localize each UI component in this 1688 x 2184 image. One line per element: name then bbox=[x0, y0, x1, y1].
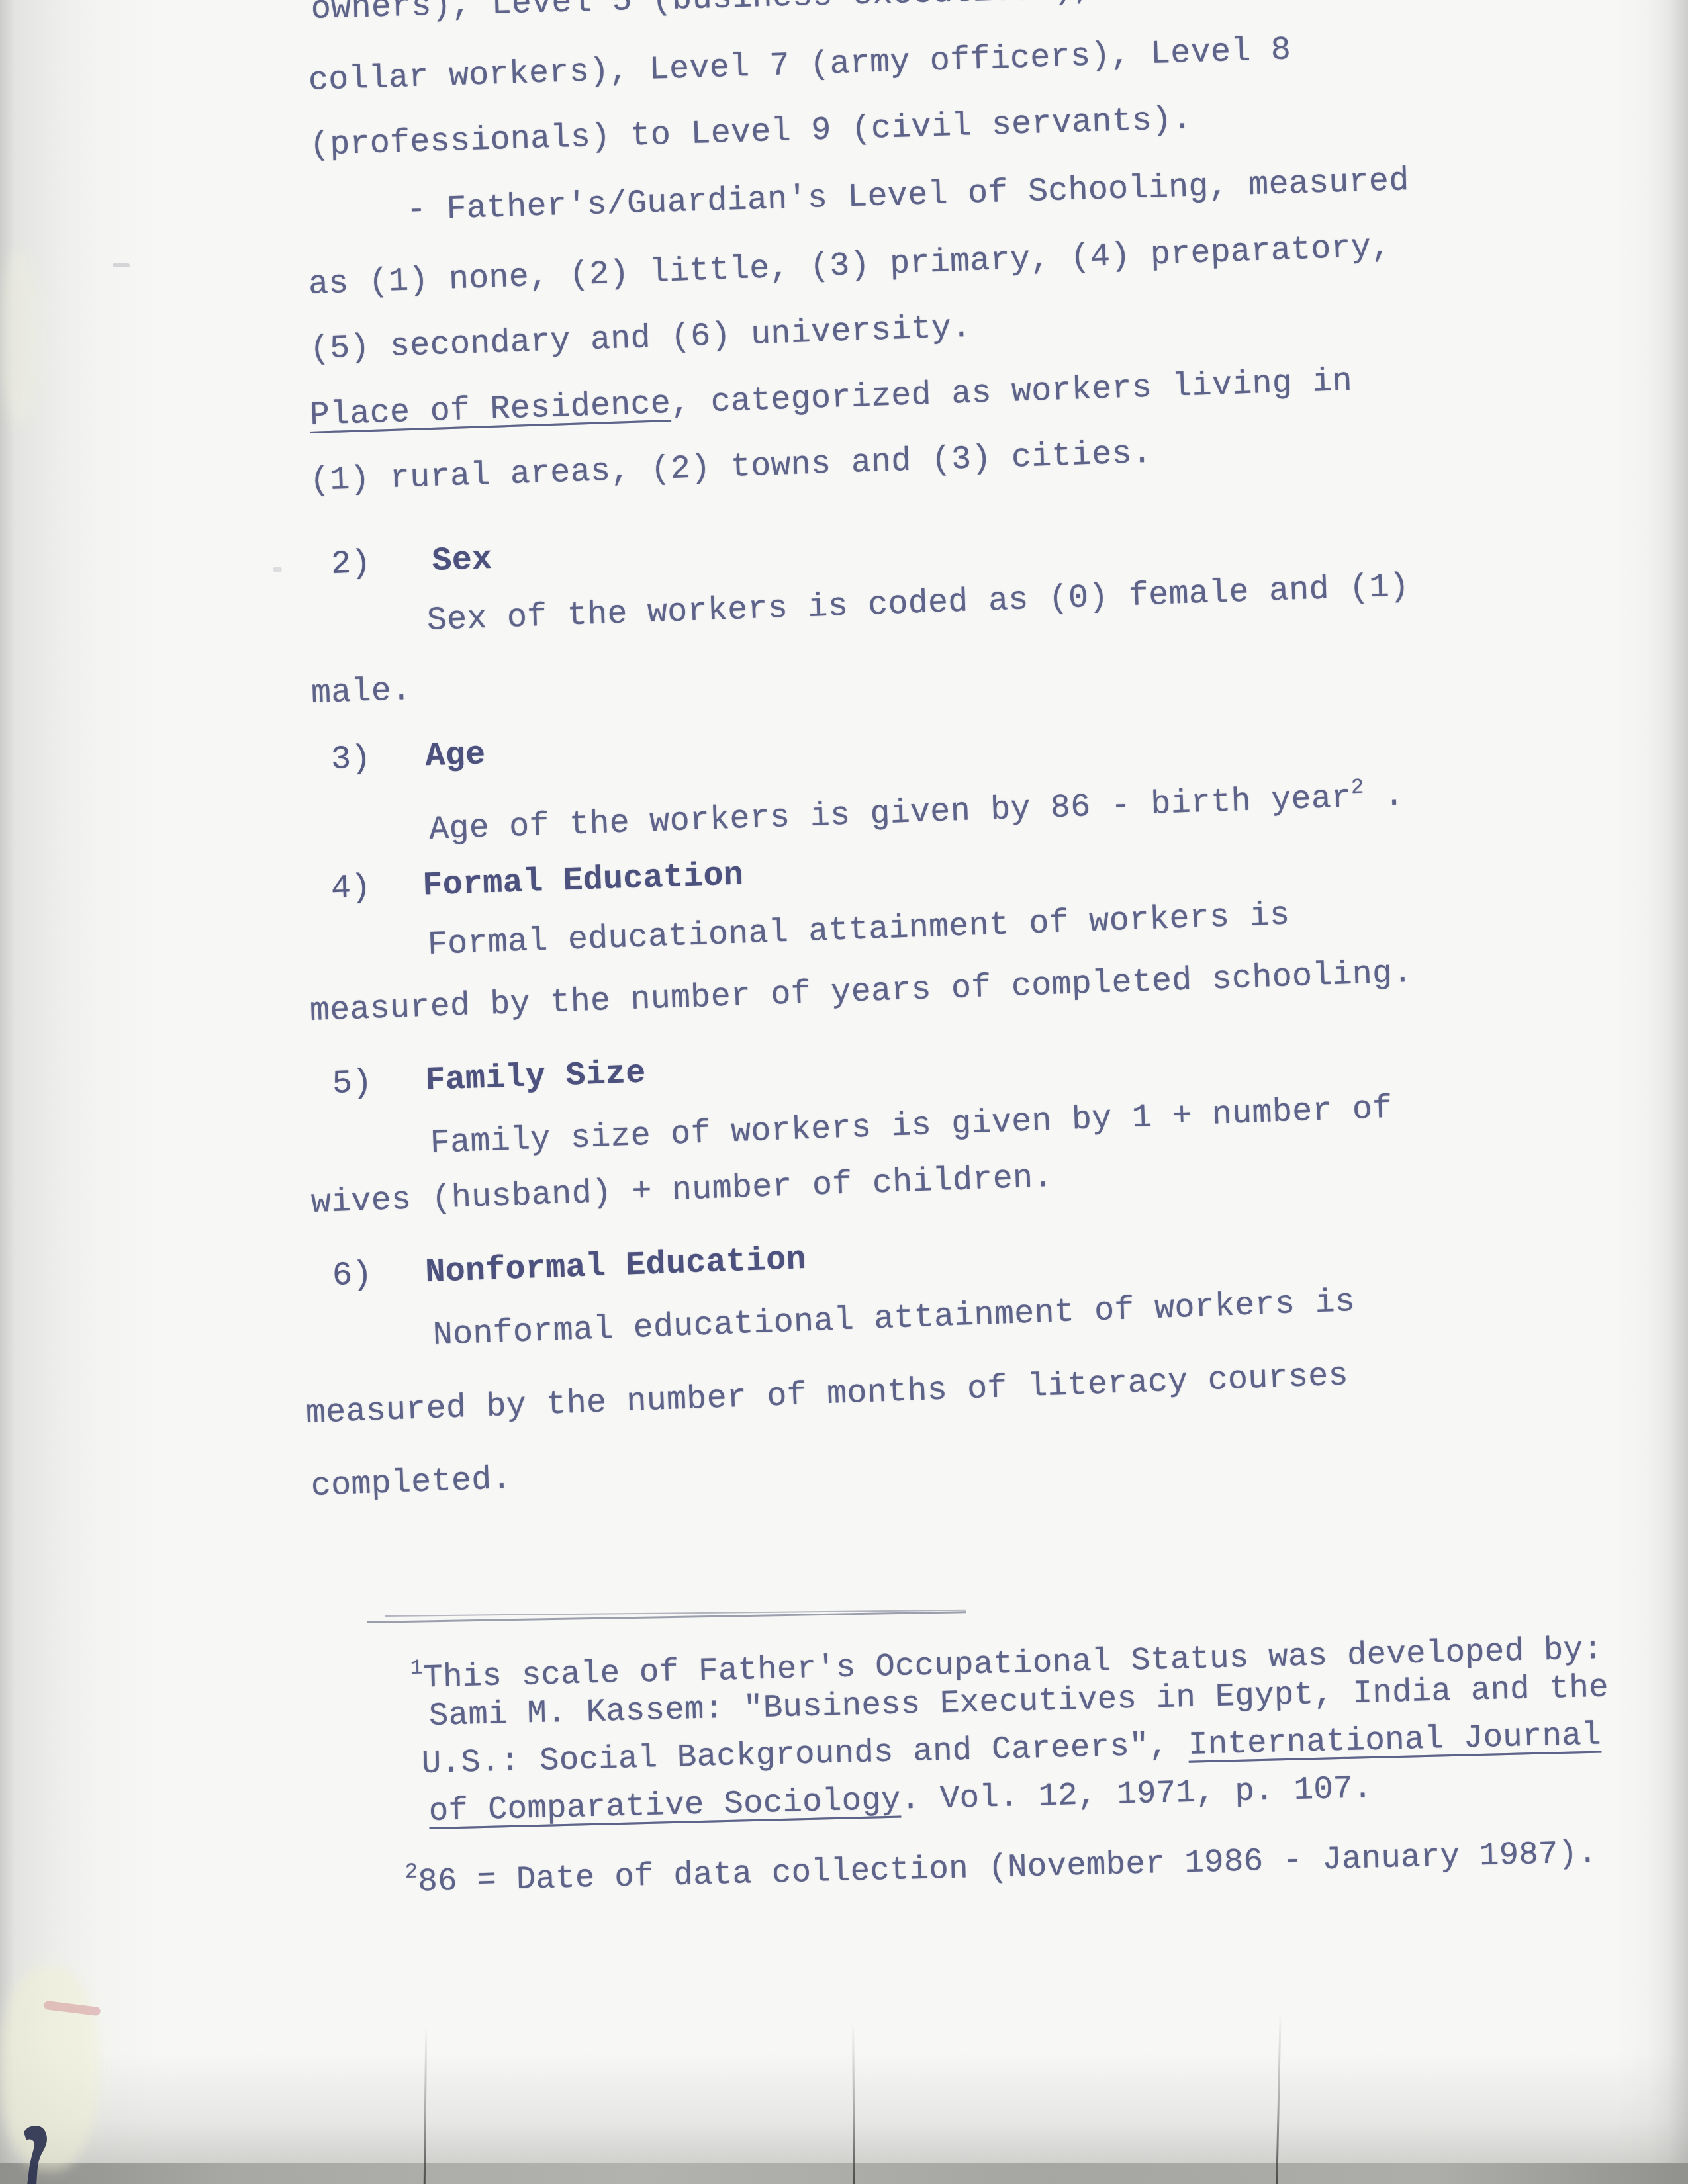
text-line-owners: owners), Level 5 (business executives), … bbox=[310, 0, 1254, 29]
pink-ink-smudge bbox=[44, 2001, 101, 2016]
text-run: U.S.: Social Backgrounds and Careers", bbox=[421, 1727, 1189, 1782]
paper-crease-line bbox=[1276, 2012, 1281, 2184]
text-run: . bbox=[1364, 778, 1405, 817]
text-line-literacy-courses: measured by the number of months of lite… bbox=[305, 1357, 1349, 1433]
text-line-nonformal-attainment: Nonformal educational attainment of work… bbox=[432, 1283, 1356, 1355]
text-run-faded: Level 6 bbox=[1093, 0, 1254, 8]
scan-speck bbox=[273, 567, 282, 572]
text-run: . Vol. 12, 1971, p. 107. bbox=[900, 1770, 1373, 1818]
text-line-formal-attainment: Formal educational attainment of workers… bbox=[427, 897, 1290, 965]
scan-left-edge-shadow bbox=[0, 0, 159, 2184]
text-line-completed: completed. bbox=[310, 1461, 512, 1506]
text-run: owners), Level 5 (business executives), bbox=[310, 0, 1094, 28]
footnote-reference-2: 2 bbox=[1350, 775, 1364, 800]
text-line-rural-towns-cities: (1) rural areas, (2) towns and (3) citie… bbox=[309, 435, 1152, 501]
underlined-phrase-place-of-residence: Place of Residence bbox=[309, 385, 671, 435]
text-line-sex-coding: Sex of the workers is coded as (0) femal… bbox=[426, 568, 1410, 641]
underlined-journal-title: International Journal bbox=[1188, 1716, 1601, 1763]
scan-bottom-edge-band bbox=[0, 2163, 1688, 2184]
text-line-fathers-schooling: - Father's/Guardian's Level of Schooling… bbox=[406, 162, 1409, 230]
footnote-2-marker: 2 bbox=[404, 1860, 418, 1884]
item-title-age: Age bbox=[425, 736, 487, 776]
text-line-family-size-formula: Family size of workers is given by 1 + n… bbox=[430, 1090, 1393, 1163]
item-number: 2) bbox=[330, 545, 371, 584]
list-item-5-heading: 5)Family Size bbox=[332, 1054, 647, 1104]
scan-right-edge-shadow bbox=[1615, 0, 1688, 2184]
text-line-professionals: (professionals) to Level 9 (civil servan… bbox=[309, 101, 1193, 165]
text-line-years-of-schooling: measured by the number of years of compl… bbox=[309, 954, 1413, 1031]
item-number: 3) bbox=[330, 740, 371, 779]
text-run: 86 = Date of data collection (November 1… bbox=[418, 1835, 1598, 1901]
item-number: 6) bbox=[332, 1256, 373, 1295]
list-item-4-heading: 4)Formal Education bbox=[330, 856, 744, 909]
text-run: Age of the workers is given by 86 - birt… bbox=[428, 779, 1352, 849]
scan-bottom-gradient bbox=[0, 2052, 1688, 2165]
item-title-sex: Sex bbox=[432, 541, 493, 580]
text-line-schooling-scale: as (1) none, (2) little, (3) primary, (4… bbox=[308, 228, 1391, 304]
item-title-nonformal-education: Nonformal Education bbox=[425, 1241, 807, 1292]
list-item-6-heading: 6)Nonformal Education bbox=[332, 1241, 807, 1296]
text-line-place-of-residence: Place of Residence, categorized as worke… bbox=[309, 363, 1353, 435]
scanned-document-page: { "colors": { "paper": "#f7f7f5", "ink":… bbox=[0, 0, 1688, 2184]
text-line-collar-workers: collar workers), Level 7 (army officers)… bbox=[308, 31, 1291, 101]
item-title-formal-education: Formal Education bbox=[422, 856, 745, 905]
text-line-age-formula: Age of the workers is given by 86 - birt… bbox=[428, 767, 1405, 850]
item-title-family-size: Family Size bbox=[425, 1054, 647, 1100]
item-number: 4) bbox=[330, 869, 371, 908]
underlined-journal-title-continued: of Comparative Sociology bbox=[428, 1782, 901, 1830]
scan-discoloration-spot-2 bbox=[0, 251, 40, 424]
text-line-secondary-university: (5) secondary and (6) university. bbox=[309, 309, 972, 369]
list-item-3-heading: 3)Age bbox=[330, 736, 486, 780]
item-number: 5) bbox=[332, 1064, 373, 1103]
ink-blot-mark bbox=[19, 2123, 53, 2184]
text-line-wives-children: wives (husband) + number of children. bbox=[310, 1159, 1054, 1223]
text-run: , categorized as workers living in bbox=[670, 363, 1353, 423]
text-line-male: male. bbox=[310, 672, 412, 713]
list-item-2-heading: 2)Sex bbox=[330, 541, 492, 584]
footnote-2-line: 286 = Date of data collection (November … bbox=[404, 1824, 1598, 1901]
scan-discoloration-spot bbox=[0, 1966, 99, 2171]
paper-crease-line bbox=[424, 2026, 427, 2184]
footnote-1-marker: 1 bbox=[410, 1656, 423, 1680]
scan-speck bbox=[113, 263, 130, 267]
paper-crease-line bbox=[852, 2022, 855, 2184]
